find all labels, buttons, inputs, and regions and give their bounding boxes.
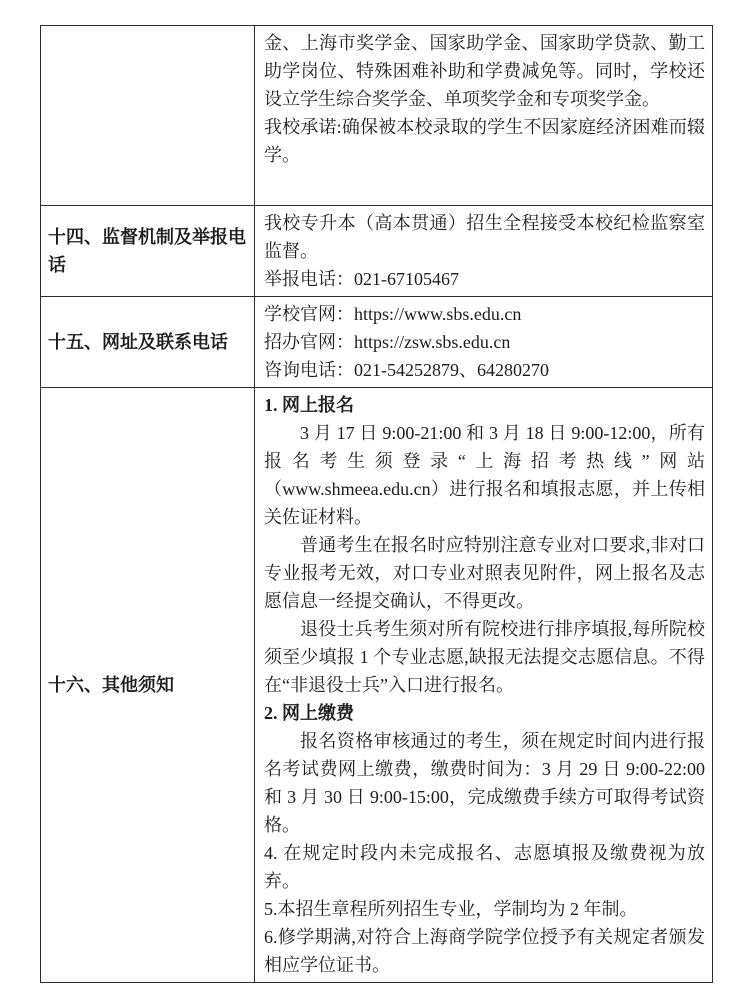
row-content-cell: 金、上海市奖学金、国家助学金、国家助学贷款、勤工助学岗位、特殊困难补助和学费减免…: [255, 26, 713, 206]
content-paragraph: 我校承诺:确保被本校录取的学生不因家庭经济困难而辍学。: [264, 113, 705, 169]
row-content-cell: 学校官网：https://www.sbs.edu.cn招办官网：https://…: [255, 297, 713, 388]
admissions-info-table: 金、上海市奖学金、国家助学金、国家助学贷款、勤工助学岗位、特殊困难补助和学费减免…: [40, 25, 713, 983]
content-paragraph: 6.修学期满,对符合上海商学院学位授予有关规定者颁发相应学位证书。: [264, 923, 705, 979]
row-header-cell: [41, 26, 255, 206]
content-paragraph: 普通考生在报名时应特别注意专业对口要求,非对口专业报考无效，对口专业对照表见附件…: [264, 531, 705, 615]
content-paragraph: 退役士兵考生须对所有院校进行排序填报,每所院校须至少填报 1 个专业志愿,缺报无…: [264, 615, 705, 699]
content-paragraph: 学校官网：https://www.sbs.edu.cn: [264, 300, 705, 328]
content-section-heading: 1. 网上报名: [264, 391, 705, 419]
content-paragraph: 咨询电话：021-54252879、64280270: [264, 356, 705, 384]
content-paragraph: 金、上海市奖学金、国家助学金、国家助学贷款、勤工助学岗位、特殊困难补助和学费减免…: [264, 29, 705, 113]
row-header-cell: 十六、其他须知: [41, 388, 255, 983]
content-paragraph: 3 月 17 日 9:00-21:00 和 3 月 18 日 9:00-12:0…: [264, 419, 705, 531]
content-paragraph: 报名资格审核通过的考生，须在规定时间内进行报名考试费网上缴费，缴费时间为：3 月…: [264, 727, 705, 839]
row-header-cell: 十五、网址及联系电话: [41, 297, 255, 388]
row-content-cell: 1. 网上报名3 月 17 日 9:00-21:00 和 3 月 18 日 9:…: [255, 388, 713, 983]
row-header-cell: 十四、监督机制及举报电话: [41, 206, 255, 297]
info-table-body: 金、上海市奖学金、国家助学金、国家助学贷款、勤工助学岗位、特殊困难补助和学费减免…: [41, 26, 713, 983]
content-paragraph: 4. 在规定时段内未完成报名、志愿填报及缴费视为放弃。: [264, 839, 705, 895]
content-paragraph: 5.本招生章程所列招生专业，学制均为 2 年制。: [264, 895, 705, 923]
content-paragraph: 举报电话：021-67105467: [264, 265, 705, 293]
row-content-cell: 我校专升本（高本贯通）招生全程接受本校纪检监察室监督。举报电话：021-6710…: [255, 206, 713, 297]
content-paragraph: 招办官网：https://zsw.sbs.edu.cn: [264, 328, 705, 356]
document-page: 金、上海市奖学金、国家助学金、国家助学贷款、勤工助学岗位、特殊困难补助和学费减免…: [0, 0, 755, 991]
content-paragraph: 我校专升本（高本贯通）招生全程接受本校纪检监察室监督。: [264, 209, 705, 265]
content-section-heading: 2. 网上缴费: [264, 699, 705, 727]
table-row: 金、上海市奖学金、国家助学金、国家助学贷款、勤工助学岗位、特殊困难补助和学费减免…: [41, 26, 713, 206]
table-row: 十六、其他须知1. 网上报名3 月 17 日 9:00-21:00 和 3 月 …: [41, 388, 713, 983]
table-row: 十五、网址及联系电话学校官网：https://www.sbs.edu.cn招办官…: [41, 297, 713, 388]
table-row: 十四、监督机制及举报电话我校专升本（高本贯通）招生全程接受本校纪检监察室监督。举…: [41, 206, 713, 297]
